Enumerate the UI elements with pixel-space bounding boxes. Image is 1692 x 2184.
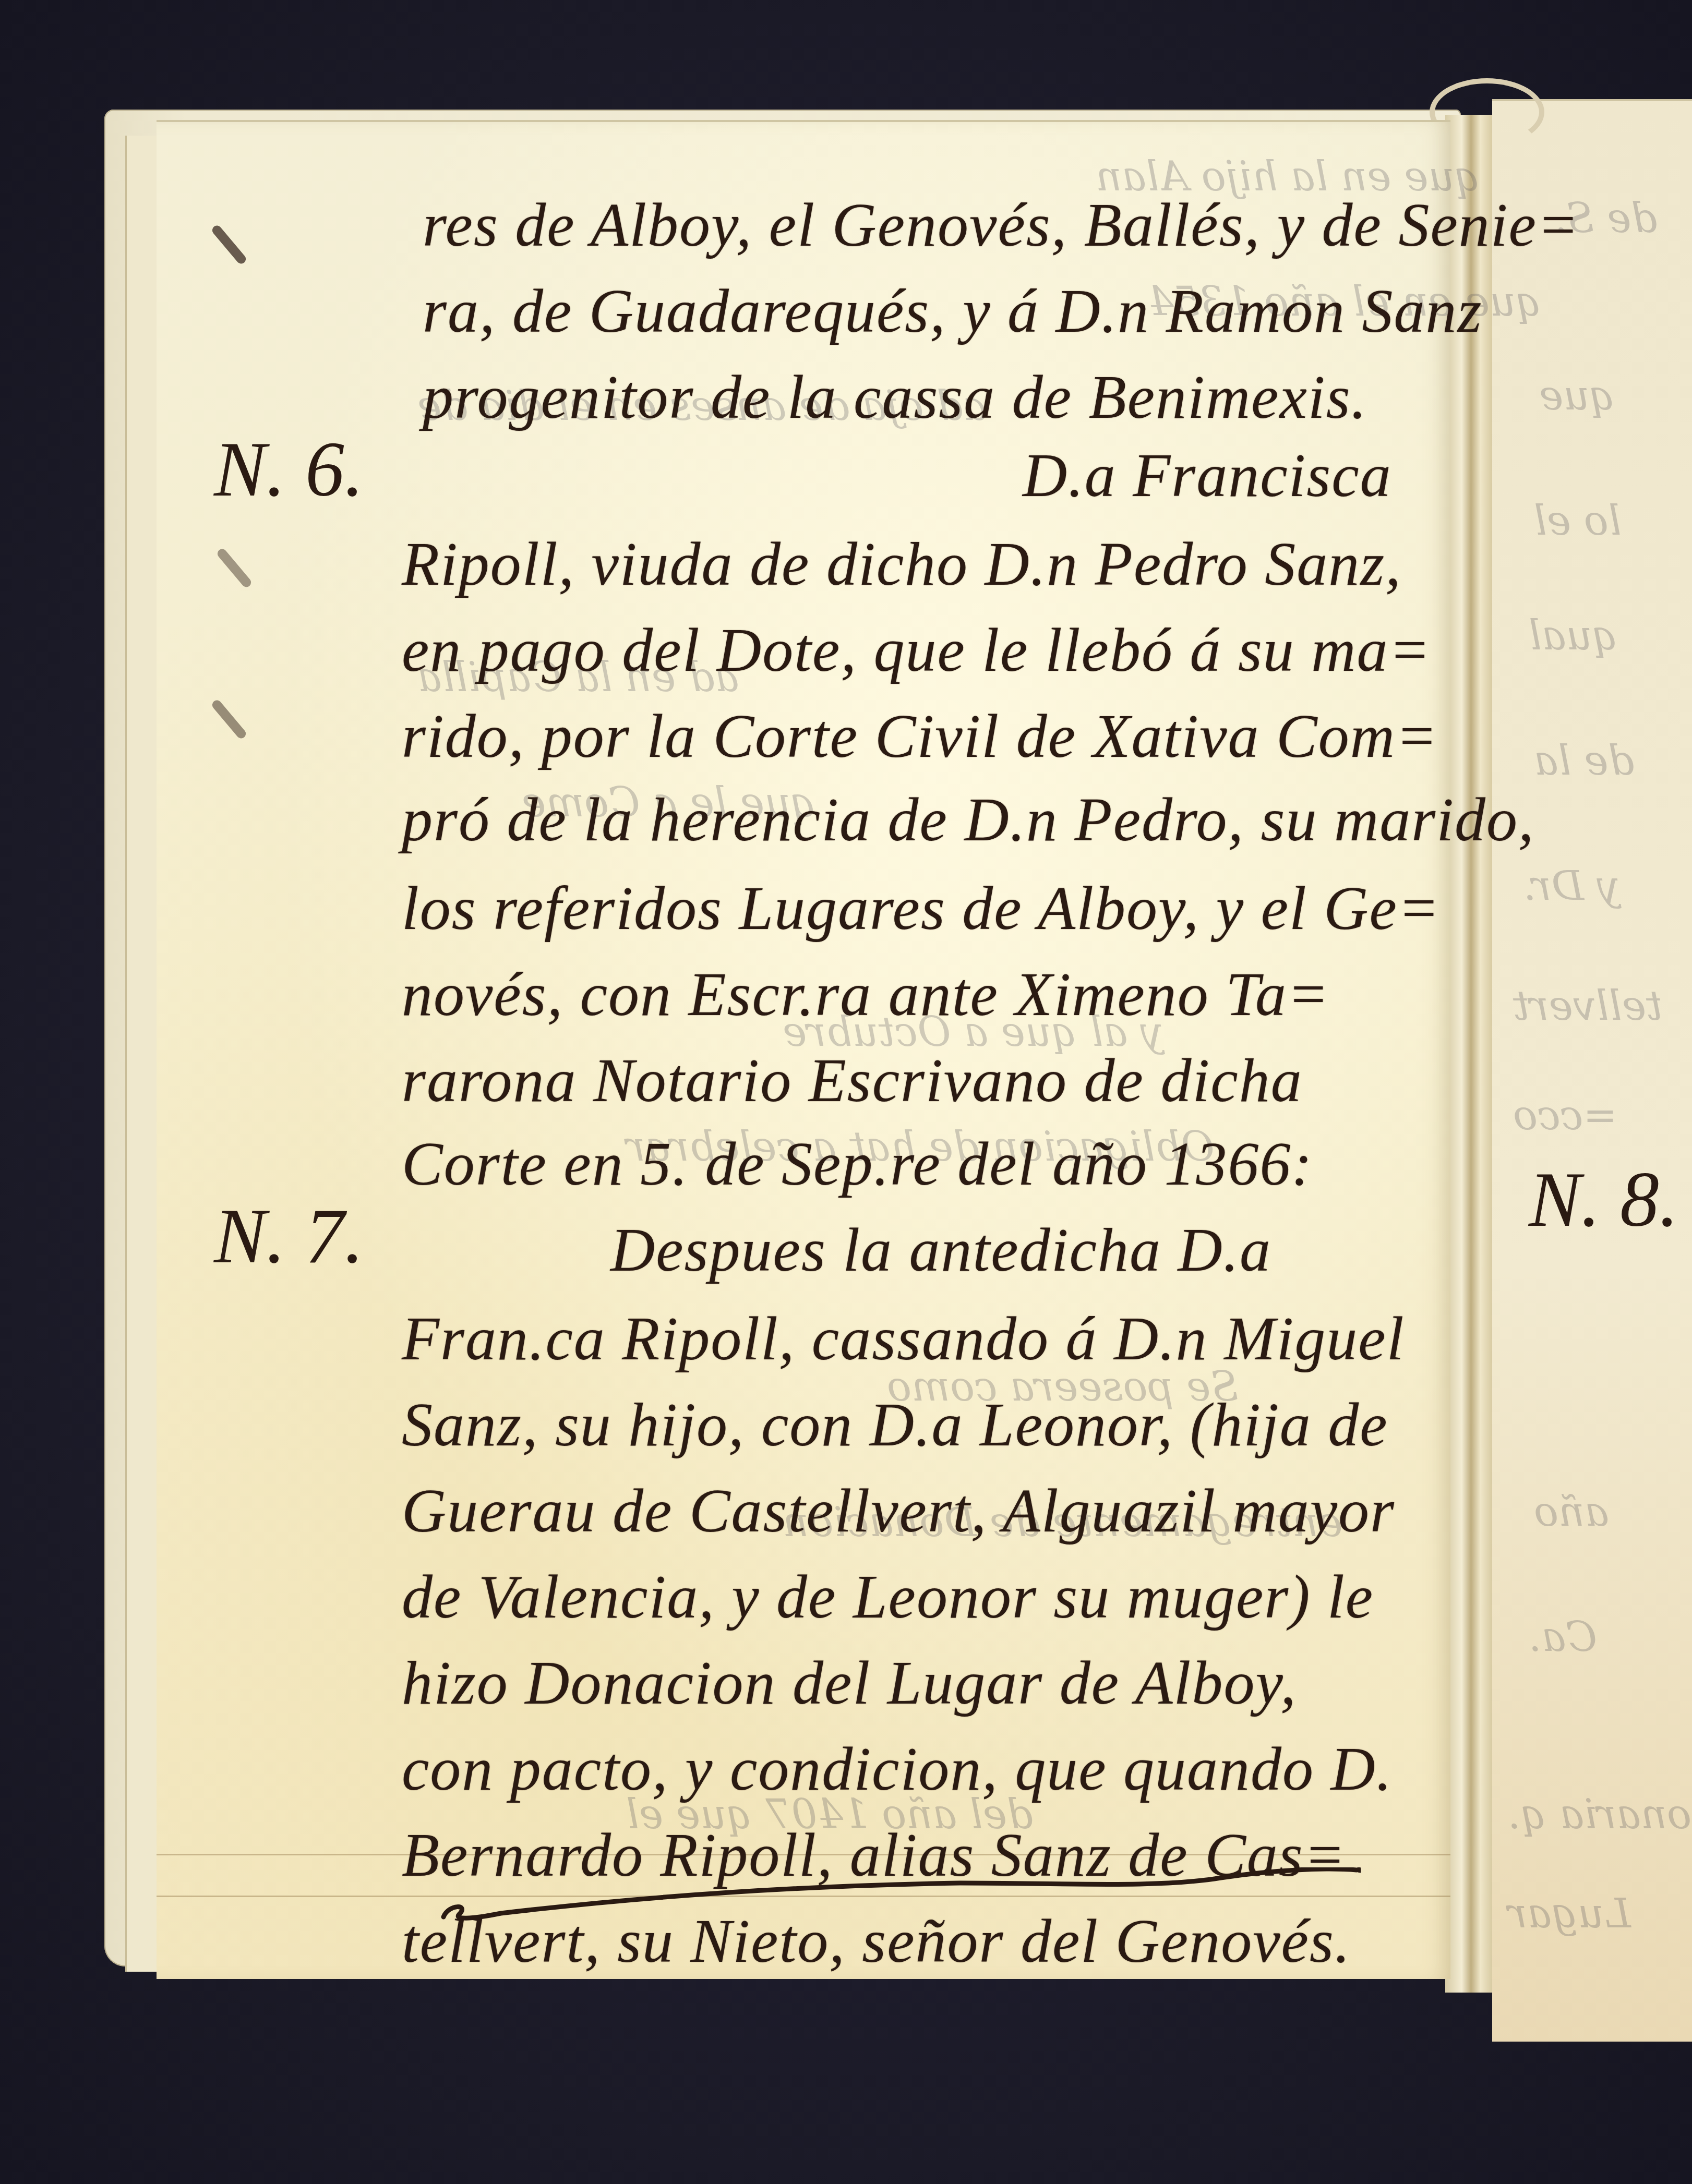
text-line: ra, de Guadarequés, y á D.n Ramon Sanz (423, 276, 1483, 347)
bleed-through-text: y Dr. (1523, 863, 1620, 910)
bleed-through-text: tellvert (1513, 983, 1662, 1030)
text-line: res de Alboy, el Genovés, Ballés, y de S… (423, 190, 1580, 261)
right-page: de S. que lo el qual de la y Dr. tellver… (1492, 99, 1692, 2042)
text-line: D.a Francisca (1023, 440, 1392, 511)
spine-gutter (1445, 115, 1492, 1993)
text-line: pró de la herencia de D.n Pedro, su mari… (402, 785, 1534, 855)
bleed-through-text: que (1539, 372, 1615, 419)
bleed-through-text: onaria q. (1508, 1791, 1691, 1838)
closing-flourish (438, 1867, 1367, 1925)
text-line: Despues la antedicha D.a (610, 1215, 1271, 1286)
text-line: Fran.ca Ripoll, cassando á D.n Miguel (402, 1304, 1405, 1374)
manuscript-text: res de Alboy, el Genovés, Ballés, y de S… (157, 122, 1450, 1979)
text-line: novés, con Escr.ra ante Ximeno Ta= (402, 959, 1330, 1030)
left-page: que en la hijo Alan que en el año 1354 a… (157, 120, 1450, 1979)
text-line: progenitor de la cassa de Benimexis. (423, 362, 1367, 433)
text-line: hizo Donacion del Lugar de Alboy, (402, 1648, 1297, 1719)
text-line: en pago del Dote, que le llebó á su ma= (402, 615, 1431, 686)
text-line: Ripoll, viuda de dicho D.n Pedro Sanz, (402, 529, 1402, 600)
text-line: los referidos Lugares de Alboy, y el Ge= (402, 873, 1441, 944)
margin-number-right: N. 8. (1529, 1155, 1679, 1245)
text-line: rarona Notario Escrivano de dicha (402, 1045, 1303, 1116)
bleed-through-text: =cco (1513, 1092, 1617, 1139)
text-line: con pacto, y condicion, que quando D. (402, 1734, 1393, 1805)
text-line: Sanz, su hijo, con D.a Leonor, (hija de (402, 1390, 1388, 1461)
bleed-through-text: lo el (1534, 498, 1622, 545)
text-line: Guerau de Castellvert, Alguazil mayor (402, 1476, 1395, 1547)
bleed-through-text: de la (1534, 738, 1634, 785)
text-line: rido, por la Corte Civil de Xativa Com= (402, 701, 1438, 772)
text-line: Corte en 5. de Sep.re del año 1366: (402, 1129, 1313, 1200)
bleed-through-text: Lugar (1508, 1890, 1631, 1937)
bleed-through-text: qual (1529, 612, 1618, 659)
text-line: de Valencia, y de Leonor su muger) le (402, 1562, 1374, 1633)
bleed-through-text: Ca. (1529, 1614, 1597, 1661)
bleed-through-text: año (1534, 1489, 1609, 1536)
